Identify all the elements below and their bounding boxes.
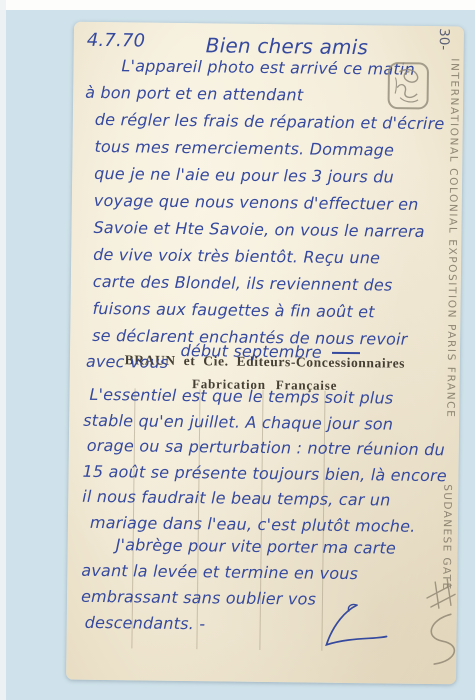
underline-stroke xyxy=(332,352,360,354)
message-paragraph-2: L'essentiel est que le temps soit plusst… xyxy=(82,382,448,539)
closing-prefix: avec vous xyxy=(86,352,169,372)
scan-edge-top xyxy=(0,0,475,10)
handwriting-line: carte des Blondel, ils reviennent des xyxy=(93,268,443,299)
handwriting-line: tous mes remerciements. Dommage xyxy=(94,133,444,164)
handwriting-line: L'essentiel est que le temps soit plus xyxy=(89,382,448,412)
handwriting-line: orage ou sa perturbation : notre réunion… xyxy=(87,433,448,463)
closing-line: avec vousdébut septembre xyxy=(86,352,360,374)
handwriting-line: il nous faudrait le beau temps, car un xyxy=(82,484,447,514)
handwriting-line: de vive voix très bientôt. Reçu une xyxy=(93,241,443,272)
handwriting-line: que je ne l'aie eu pour les 3 jours du xyxy=(94,160,444,191)
closing-raised-phrase: début septembre xyxy=(180,341,322,362)
handwritten-date: 4.7.70 xyxy=(87,30,146,52)
blind-stamp-icon xyxy=(387,61,430,110)
handwriting-line: fuisons aux faugettes à fin août et xyxy=(92,295,442,326)
handwriting-line: avant la levée et termine en vous xyxy=(81,558,396,588)
price-note: 30- xyxy=(436,28,452,50)
postcard-back: 4.7.70 Bien chers amis L'appareil photo … xyxy=(66,22,464,685)
handwriting-line: Savoie et Hte Savoie, on vous le narrera xyxy=(93,214,443,245)
handwriting-line: J'abrège pour vite porter ma carte xyxy=(115,532,396,561)
handwriting-line: de régler les frais de réparation et d'é… xyxy=(95,106,445,137)
scan-edge-left xyxy=(0,0,6,700)
signature-flourish xyxy=(294,600,391,659)
pencil-scribble-mark xyxy=(416,578,463,669)
handwriting-line: voyage que nous venons d'effectuer en xyxy=(94,187,444,218)
